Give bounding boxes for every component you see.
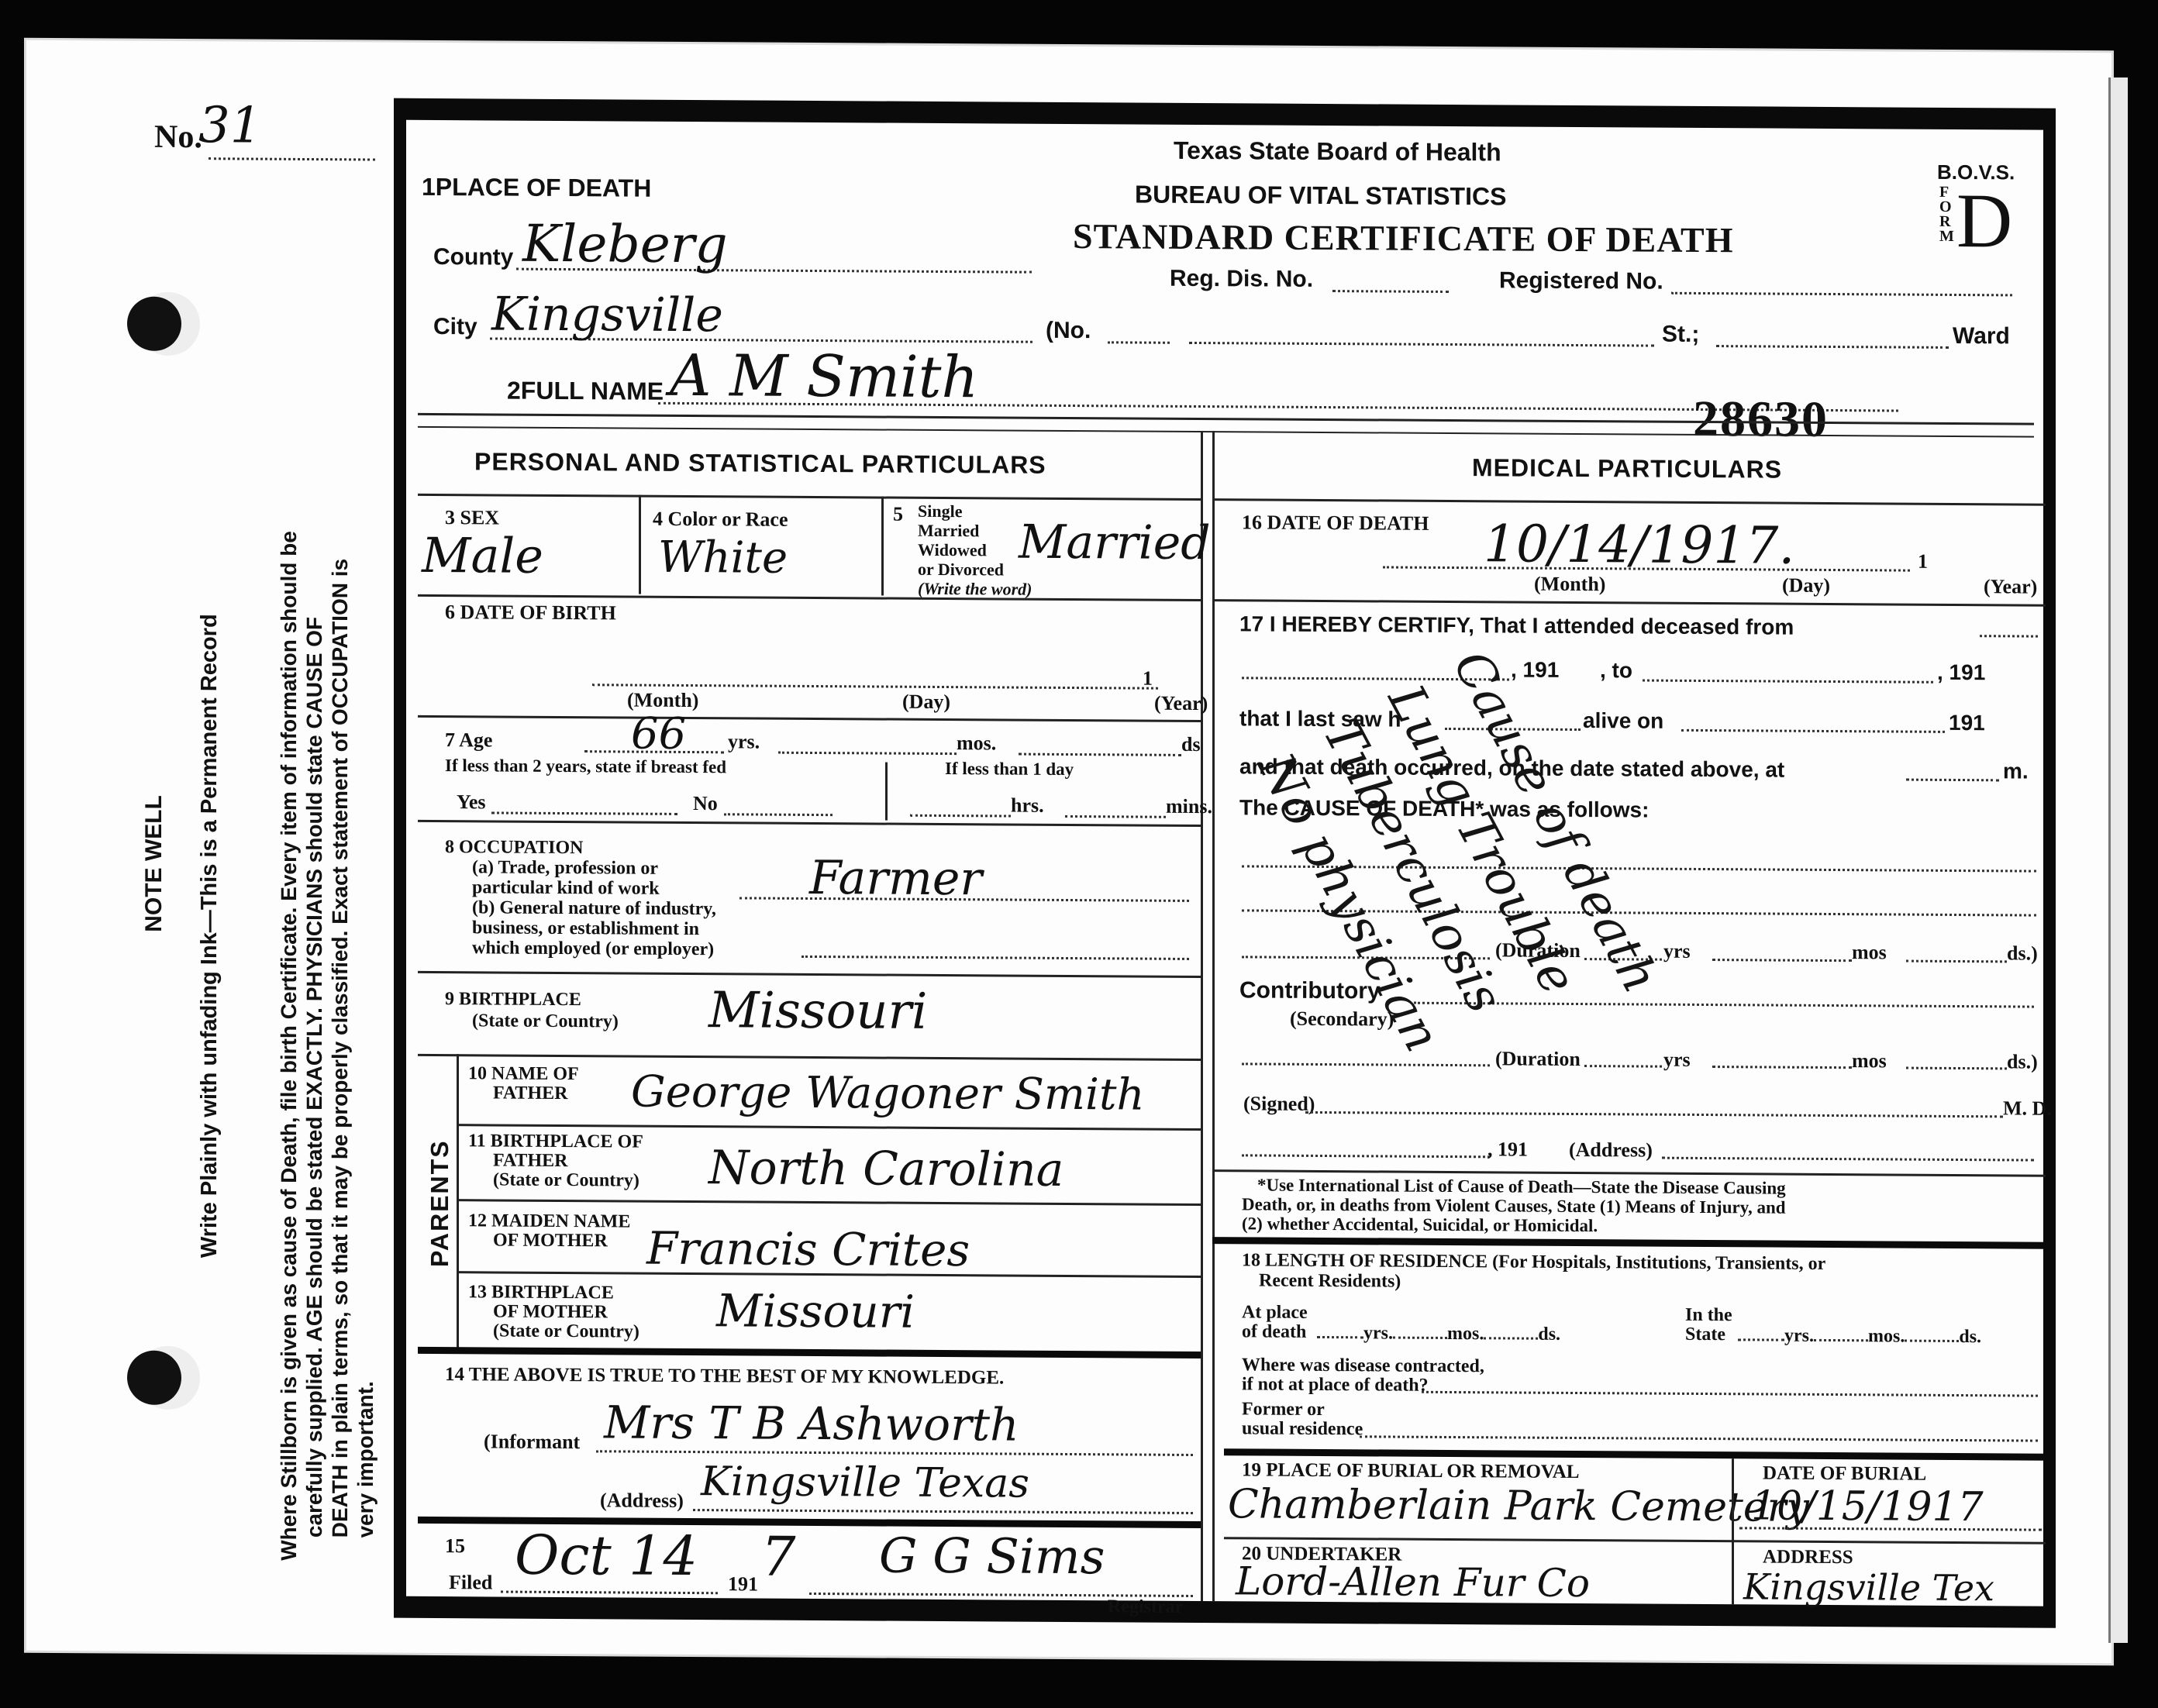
street-label: St.; [1662,322,1699,348]
in-state-fields: yrs.mos.ds. [1738,1325,1981,1348]
filed-label: Filed [449,1571,492,1594]
label-line: 10 NAME OF [468,1064,579,1084]
birthplace-value[interactable]: Missouri [708,982,928,1041]
duration-ds-2: ds.) [2007,1050,2038,1073]
section-bar [418,1347,1201,1358]
street-no-label: (No. [1046,318,1091,344]
label-line: At place [1242,1303,1308,1323]
label-line: 11 BIRTHPLACE OF [468,1131,643,1152]
duration-mos-2: mos [1852,1049,1887,1073]
note-well-heading: NOTE WELL [141,795,167,932]
age-mos-label: mos. [957,732,996,755]
birthplace-label-block: 9 BIRTHPLACE (State or Country) [445,988,619,1032]
city-label: City [433,314,477,340]
reg-dis-label: Reg. Dis. No. [1170,266,1313,293]
age-ds-label: ds [1181,733,1201,756]
dob-year-caption: (Year) [1154,692,1208,715]
certify-from-line [1980,635,2038,637]
instruction-line: very important. [353,532,378,1562]
in-state-yrs: yrs. [1784,1326,1814,1346]
label-line: Where was disease contracted, [1242,1355,1484,1376]
dod-label: 16 DATE OF DEATH [1242,511,1429,535]
instruction-line: DEATH in plain terms, so that it may be … [327,531,353,1561]
duration-ds: ds.) [2007,942,2038,965]
alive-on-line [1681,729,1945,733]
label-line: 12 MAIDEN NAME [468,1211,630,1231]
md-label: M. D. [2003,1097,2052,1120]
margin-no-label: No. [154,119,202,156]
marital-options: Single Married Widowed or Divorced (Writ… [918,501,1032,599]
breast-fed-yes-label: Yes [457,790,486,814]
signed-label: (Signed) [1243,1092,1315,1116]
father-name-value[interactable]: George Wagoner Smith [631,1067,1145,1121]
occupation-b-line-dots [801,956,1189,960]
binder-hole-bottom [127,1351,181,1405]
divider [1212,498,2046,506]
label-line: FATHER [468,1151,643,1171]
label-line: State [1685,1325,1732,1345]
sex-value[interactable]: Male [422,527,543,584]
breast-fed-no-label: No [693,792,718,815]
label-line: usual residence [1242,1419,1363,1439]
occupation-a-line: (a) Trade, profession or [445,857,716,879]
occupation-b-line: business, or establishment in [445,918,716,939]
filed-num: 15 [445,1534,465,1558]
registered-no-line [1671,292,2012,297]
instruction-line: carefully supplied. AGE should be stated… [302,531,327,1561]
label-line: (State or Country) [468,1170,643,1190]
divider [639,495,641,594]
binder-hole-top [127,297,181,351]
birthplace-label: 9 BIRTHPLACE [445,988,619,1011]
document-page: No. 31 NOTE WELL Write Plainly with unfa… [26,40,2111,1663]
divider [457,1199,1201,1206]
label-line: Former or [1242,1400,1363,1420]
write-plainly-note: Write Plainly with unfading Ink—This is … [197,614,222,1258]
contracted-label: Where was disease contracted, if not at … [1242,1355,1484,1396]
alive-191: 191 [1949,711,1985,735]
marital-value[interactable]: Married [1019,515,1211,571]
sex-label: 3 SEX [445,506,499,529]
breast-fed-yes-line [491,811,677,814]
death-time-line [1906,779,1999,782]
occupation-a-line: particular kind of work [445,877,716,899]
divider [1212,599,2046,607]
age-value[interactable]: 66 [631,709,686,759]
medical-heading: MEDICAL PARTICULARS [1472,453,1782,484]
certify-line: 17 I HEREBY CERTIFY, That I attended dec… [1239,611,1794,639]
alive-on-label: alive on [1583,708,1663,734]
full-name-label: 2FULL NAME [507,377,664,406]
burial-date-label: DATE OF BURIAL [1763,1462,1926,1485]
in-state-mos: mos. [1868,1326,1905,1346]
filed-date-line [501,1591,718,1595]
dod-value[interactable]: 10/14/1917. [1484,514,1794,575]
former-residence-label: Former or usual residence [1242,1400,1363,1439]
registered-no-label: Registered No. [1499,267,1663,294]
occupation-label: 8 OCCUPATION [445,837,716,859]
divider [418,715,1201,722]
burial-date-value[interactable]: 10/15/1917 [1751,1482,1984,1531]
breast-fed-no-line [724,813,833,816]
occupation-b-line: (b) General nature of industry, [445,897,716,919]
place-of-death-label: 1PLACE OF DEATH [422,173,651,203]
informant-address-value[interactable]: Kingsville Texas [701,1458,1029,1507]
marital-num: 5 [893,503,903,526]
hrs-line [910,814,1011,818]
age-label: 7 Age [445,728,492,752]
personal-heading: PERSONAL AND STATISTICAL PARTICULARS [474,447,1046,480]
occupation-value[interactable]: Farmer [809,851,982,906]
divider [418,820,1201,827]
full-name-value[interactable]: A M Smith [670,343,978,411]
mother-birth-value[interactable]: Missouri [716,1284,915,1338]
issuer: Texas State Board of Health [1174,136,1501,167]
label-line: OF MOTHER [468,1231,630,1251]
at-place-yrs: yrs. [1363,1323,1393,1343]
marital-option: or Divorced [918,560,1032,580]
form-word: FORM [1939,185,1955,244]
race-value[interactable]: White [658,532,788,584]
dod-year-caption: (Year) [1984,575,2037,598]
less-day-label: If less than 1 day [945,759,1074,780]
instruction-line: Where Stillborn is given as cause of Dea… [276,531,302,1561]
at-place-fields: yrs.mos.ds. [1317,1323,1560,1345]
county-label: County [433,244,513,271]
dod-year-prefix: 1 [1918,550,1928,573]
occupation-label-block: 8 OCCUPATION (a) Trade, profession or pa… [445,837,716,959]
duration-mos-line [1712,959,1852,962]
m-label: m. [2003,759,2029,783]
marital-option: Widowed [918,540,1032,560]
form-left-bar [394,112,406,1608]
city-value[interactable]: Kingsville [491,287,723,343]
mother-name-label: 12 MAIDEN NAME OF MOTHER [468,1211,630,1251]
column-divider [1212,431,1215,1601]
age-mos-line [778,752,957,755]
form-top-bar [394,98,2056,130]
hrs-label: hrs. [1011,794,1044,818]
divider [418,1054,1201,1061]
informant-line [596,1450,1193,1456]
age-ds-line [1019,753,1181,756]
county-value[interactable]: Kleberg [522,214,728,275]
page-stack-edge [2108,77,2128,1643]
marital-hint: (Write the word) [918,579,1032,599]
dob-label: 6 DATE OF BIRTH [445,601,616,625]
informant-address-line [693,1509,1193,1514]
marital-option: Married [918,521,1032,541]
undertaker-value[interactable]: Lord-Allen Fur Co [1236,1558,1590,1606]
filed-date-value[interactable]: Oct 14 [515,1524,698,1588]
label-line: (State or Country) [468,1321,639,1341]
ward-line [1716,345,1949,349]
ward-label: Ward [1953,323,2010,350]
divider [418,494,1201,501]
certify-191b: , 191 [1937,660,1985,685]
certify-to-line [1643,680,1933,684]
duration-ds-line [1906,1067,2007,1070]
street-line [1189,342,1654,347]
parents-side-label: PARENTS [426,1139,454,1267]
occupation-b-line: which employed (or employer) [445,938,716,959]
informant-label: (Informant [484,1430,580,1454]
informant-statement: 14 THE ABOVE IS TRUE TO THE BEST OF MY K… [445,1364,1004,1389]
breast-fed-label: If less than 2 years, state if breast fe… [445,756,726,777]
burial-place-label: 19 PLACE OF BURIAL OR REMOVAL [1242,1459,1579,1483]
registrar-label: Registrar [1108,1596,1183,1618]
age-yrs-label: yrs. [728,730,760,753]
divider [881,497,884,596]
instructions-note: Where Stillborn is given as cause of Dea… [276,531,378,1562]
dob-day-caption: (Day) [902,690,950,714]
dod-month-caption: (Month) [1534,573,1605,597]
father-name-label: 10 NAME OF FATHER [468,1064,579,1104]
reg-dis-line [1332,290,1449,293]
form-letter: D [1956,176,2012,265]
divider [885,763,888,821]
certify-to: , to [1600,658,1632,683]
column-divider [1201,431,1203,1601]
father-birth-value[interactable]: North Carolina [708,1141,1063,1197]
label-line: of death [1242,1322,1308,1342]
certificate-number: 28630 [1693,390,1829,449]
label-line: OF MOTHER [468,1302,639,1322]
birthplace-sub: (State or Country) [445,1010,619,1032]
label-line: 13 BIRTHPLACE [468,1283,639,1303]
duration-mos: mos [1852,941,1887,964]
form-right-bar [2043,122,2056,1618]
marital-option: Single [918,501,1032,522]
at-place-mos: mos. [1447,1324,1484,1344]
page-title: STANDARD CERTIFICATE OF DEATH [1073,215,1734,260]
mother-name-value[interactable]: Francis Crites [646,1222,970,1277]
former-residence-line [1360,1435,2038,1441]
bureau: BUREAU OF VITAL STATISTICS [1135,181,1506,212]
contracted-line [1422,1391,2038,1397]
race-label: 4 Color or Race [653,508,788,532]
margin-no-value: 31 [198,97,261,154]
street-no-line [1108,341,1170,343]
mins-label: mins. [1166,795,1212,818]
informant-address-label: (Address) [600,1489,684,1513]
filed-year-value[interactable]: 7 [761,1525,796,1589]
divider [418,971,1201,978]
dod-day-caption: (Day) [1782,574,1830,597]
mins-line [1065,815,1166,818]
father-birth-label: 11 BIRTHPLACE OF FATHER (State or Countr… [468,1131,643,1190]
mother-birth-label: 13 BIRTHPLACE OF MOTHER (State or Countr… [468,1283,639,1341]
registrar-signature: G G Sims [879,1527,1105,1586]
dob-year-prefix: 1 [1143,667,1153,690]
section-bar [1224,1448,2046,1460]
undertaker-address-value[interactable]: Kingsville Tex [1743,1565,1994,1609]
margin-no-line [209,157,375,160]
informant-value[interactable]: Mrs T B Ashworth [604,1396,1019,1451]
divider [1732,1458,1734,1604]
at-place-label: At place of death [1242,1303,1308,1342]
divider [457,1124,1201,1131]
in-state-ds: ds. [1959,1327,1981,1347]
duration-ds-line [1906,960,2007,963]
divider [418,594,1201,601]
duration-mos-line [1712,1066,1852,1069]
burial-place-value[interactable]: Chamberlain Park Cemetery [1228,1481,1809,1531]
label-line: FATHER [468,1083,579,1104]
filed-year-prefix: 191 [728,1572,758,1596]
